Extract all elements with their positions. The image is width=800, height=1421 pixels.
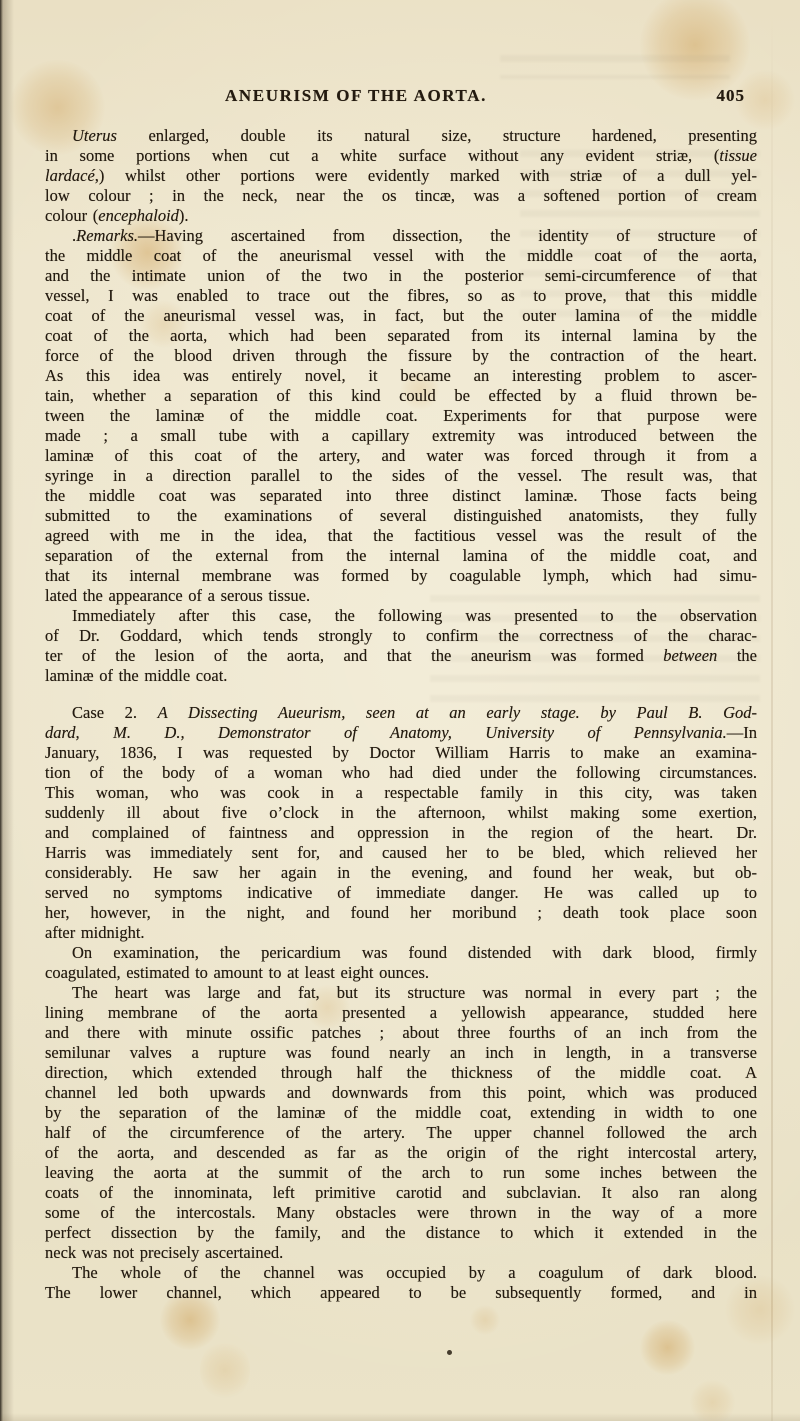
text-line: perfect dissection by the family, and th… [45, 1223, 757, 1243]
book-page: ANEURISM OF THE AORTA. 405 Uterus enlarg… [0, 0, 800, 1421]
text-run: ,) whilst other portions were evidently … [95, 166, 757, 185]
text-line: direction, which extended through half t… [45, 1063, 757, 1083]
text-run: —In [727, 723, 757, 742]
foxing-stain [690, 1380, 735, 1421]
text-line: coats of the innominata, left primitive … [45, 1183, 757, 1203]
italic-text-run: lardacé [45, 166, 95, 185]
text-line: and complained of faintness and oppressi… [45, 823, 757, 843]
text-line: and there with minute ossific patches ; … [45, 1023, 757, 1043]
text-run: ). [179, 206, 189, 225]
text-line: semilunar valves a rupture was found nea… [45, 1043, 757, 1063]
text-line: dard, M. D., Demonstrator of Anatomy, Un… [45, 723, 757, 743]
text-line: laminæ of this coat of the artery, and w… [45, 446, 757, 466]
text-line: coagulated, estimated to amount to at le… [45, 963, 757, 983]
text-line: neck was not precisely ascertained. [45, 1243, 757, 1263]
italic-text-run: Remarks. [76, 226, 138, 245]
text-line: January, 1836, I was requested by Doctor… [45, 743, 757, 763]
page-bottom-shadow [0, 1413, 800, 1421]
text-run: lining membrane of the aorta presented a… [45, 1003, 757, 1022]
text-line: coat of the aneurismal vessel was, in fa… [45, 306, 757, 326]
text-run: the middle coat was separated into three… [45, 486, 757, 505]
text-run: tion of the body of a woman who had died… [45, 763, 757, 782]
text-run: and complained of faintness and oppressi… [45, 823, 757, 842]
paragraph: .Remarks.—Having ascertained from dissec… [45, 226, 757, 606]
text-line: lardacé,) whilst other portions were evi… [45, 166, 757, 186]
text-run: coat of the aorta, which had been separa… [45, 326, 757, 345]
foxing-stain [640, 1320, 695, 1375]
text-line: considerably. He saw her again in the ev… [45, 863, 757, 883]
text-line: lining membrane of the aorta presented a… [45, 1003, 757, 1023]
text-run: The whole of the channel was occupied by… [72, 1263, 757, 1282]
text-run: submitted to the examinations of several… [45, 506, 757, 525]
text-line: Harris was immediately sent for, and cau… [45, 843, 757, 863]
text-run: Case 2. [72, 703, 158, 722]
italic-text-run: Uterus [72, 126, 117, 145]
text-run: The heart was large and fat, but its str… [72, 983, 757, 1002]
text-run: half of the circumference of the artery.… [45, 1123, 757, 1142]
text-run: and the intimate union of the two in the… [45, 266, 757, 285]
text-line: tion of the body of a woman who had died… [45, 763, 757, 783]
text-run: The lower channel, which appeared to be … [45, 1283, 757, 1302]
page-edge-shadow [0, 0, 14, 1421]
text-run: neck was not precisely ascertained. [45, 1243, 283, 1262]
text-run: the [717, 646, 757, 665]
text-run: Immediately after this case, the followi… [72, 606, 757, 625]
text-line: Case 2. A Dissecting Aueurism, seen at a… [45, 703, 757, 723]
text-line: syringe in a direction parallel to the s… [45, 466, 757, 486]
text-line: in some portions when cut a white surfac… [45, 146, 757, 166]
text-run: coat of the aneurismal vessel was, in fa… [45, 306, 757, 325]
text-run: of the aorta, and descended as far as th… [45, 1143, 757, 1162]
text-line: channel led both upwards and downwards f… [45, 1083, 757, 1103]
text-run: laminæ of the middle coat. [45, 666, 227, 685]
text-line: As this idea was entirely novel, it beca… [45, 366, 757, 386]
text-run: force of the blood driven through the fi… [45, 346, 757, 365]
text-line: and the intimate union of the two in the… [45, 266, 757, 286]
paragraph: Uterus enlarged, double its natural size… [45, 126, 757, 226]
text-line: the middle coat was separated into three… [45, 486, 757, 506]
text-run: suddenly ill about five o’clock in the a… [45, 803, 757, 822]
text-run: ter of the lesion of the aorta, and that… [45, 646, 663, 665]
italic-text-run: A Dissecting Aueurism, seen at an early … [158, 703, 757, 722]
text-line: the middle coat of the aneurismal vessel… [45, 246, 757, 266]
paragraph: Immediately after this case, the followi… [45, 606, 757, 686]
text-line: coat of the aorta, which had been separa… [45, 326, 757, 346]
text-run: after midnight. [45, 923, 145, 942]
text-run: syringe in a direction parallel to the s… [45, 466, 757, 485]
foxing-stain [640, 0, 750, 100]
text-run: leaving the aorta at the summit of the a… [45, 1163, 757, 1182]
ink-speck [447, 1350, 452, 1355]
text-line: tain, whether a separation of this kind … [45, 386, 757, 406]
text-line: colour (encephaloid). [45, 206, 757, 226]
italic-text-run: between [663, 646, 717, 665]
text-line: half of the circumference of the artery.… [45, 1123, 757, 1143]
text-line: some of the intercostals. Many obstacles… [45, 1203, 757, 1223]
text-line: ter of the lesion of the aorta, and that… [45, 646, 757, 666]
text-run: in some portions when cut a white surfac… [45, 146, 719, 165]
text-run: coats of the innominata, left primitive … [45, 1183, 757, 1202]
text-line: laminæ of the middle coat. [45, 666, 757, 686]
text-run: made ; a small tube with a capillary ext… [45, 426, 757, 445]
italic-text-run: dard, M. D., Demonstrator of Anatomy, Un… [45, 723, 727, 742]
text-line: .Remarks.—Having ascertained from dissec… [45, 226, 757, 246]
text-line: Immediately after this case, the followi… [45, 606, 757, 626]
text-line: The heart was large and fat, but its str… [45, 983, 757, 1003]
text-line: that its internal membrane was formed by… [45, 566, 757, 586]
text-run: On examination, the pericardium was foun… [72, 943, 757, 962]
text-line: On examination, the pericardium was foun… [45, 943, 757, 963]
text-run: low colour ; in the neck, near the os ti… [45, 186, 757, 205]
text-line: by the separation of the laminæ of the m… [45, 1103, 757, 1123]
text-run: enlarged, double its natural size, struc… [117, 126, 757, 145]
text-line: The whole of the channel was occupied by… [45, 1263, 757, 1283]
text-run: the middle coat of the aneurismal vessel… [45, 246, 757, 265]
text-run: laminæ of this coat of the artery, and w… [45, 446, 757, 465]
show-through-ghost [500, 55, 730, 79]
paragraph: The heart was large and fat, but its str… [45, 983, 757, 1263]
paragraph: On examination, the pericardium was foun… [45, 943, 757, 983]
text-line: leaving the aorta at the summit of the a… [45, 1163, 757, 1183]
text-run: direction, which extended through half t… [45, 1063, 757, 1082]
text-line: of the aorta, and descended as far as th… [45, 1143, 757, 1163]
text-line: This woman, who was cook in a respectabl… [45, 783, 757, 803]
foxing-stain [470, 1305, 500, 1335]
page-body: Uterus enlarged, double its natural size… [45, 126, 757, 1303]
text-line: The lower channel, which appeared to be … [45, 1283, 757, 1303]
italic-text-run: encephaloid [98, 206, 179, 225]
text-run: lated the appearance of a serous tissue. [45, 586, 310, 605]
text-run: This woman, who was cook in a respectabl… [45, 783, 757, 802]
text-run: tween the laminæ of the middle coat. Exp… [45, 406, 757, 425]
italic-text-run: tissue [719, 146, 757, 165]
text-line: after midnight. [45, 923, 757, 943]
text-run: Harris was immediately sent for, and cau… [45, 843, 757, 862]
text-run: separation of the external from the inte… [45, 546, 757, 565]
text-run: of Dr. Goddard, which tends strongly to … [45, 626, 757, 645]
page-header: ANEURISM OF THE AORTA. 405 [45, 86, 757, 108]
text-line: submitted to the examinations of several… [45, 506, 757, 526]
paragraph: The whole of the channel was occupied by… [45, 1263, 757, 1303]
text-run: her, however, in the night, and found he… [45, 903, 757, 922]
running-title: ANEURISM OF THE AORTA. [45, 86, 667, 106]
text-line: Uterus enlarged, double its natural size… [45, 126, 757, 146]
page-crease [771, 0, 773, 1421]
text-line: low colour ; in the neck, near the os ti… [45, 186, 757, 206]
text-run: that its internal membrane was formed by… [45, 566, 757, 585]
text-run: some of the intercostals. Many obstacles… [45, 1203, 757, 1222]
page-number: 405 [717, 86, 746, 106]
text-run: As this idea was entirely novel, it beca… [45, 366, 757, 385]
text-run: by the separation of the laminæ of the m… [45, 1103, 757, 1122]
text-run: tain, whether a separation of this kind … [45, 386, 757, 405]
text-line: separation of the external from the inte… [45, 546, 757, 566]
text-line: force of the blood driven through the fi… [45, 346, 757, 366]
text-line: her, however, in the night, and found he… [45, 903, 757, 923]
text-line: vessel, I was enabled to trace out the f… [45, 286, 757, 306]
text-line: served no symptoms indicative of immedia… [45, 883, 757, 903]
text-run: agreed with me in the idea, that the fac… [45, 526, 757, 545]
text-run: —Having ascertained from dissection, the… [138, 226, 757, 245]
text-run: and there with minute ossific patches ; … [45, 1023, 757, 1042]
text-line: suddenly ill about five o’clock in the a… [45, 803, 757, 823]
text-run: perfect dissection by the family, and th… [45, 1223, 757, 1242]
text-run: vessel, I was enabled to trace out the f… [45, 286, 757, 305]
text-line: of Dr. Goddard, which tends strongly to … [45, 626, 757, 646]
text-run: colour ( [45, 206, 98, 225]
text-run: coagulated, estimated to amount to at le… [45, 963, 429, 982]
text-run: served no symptoms indicative of immedia… [45, 883, 757, 902]
text-line: lated the appearance of a serous tissue. [45, 586, 757, 606]
text-run: semilunar valves a rupture was found nea… [45, 1043, 757, 1062]
text-line: made ; a small tube with a capillary ext… [45, 426, 757, 446]
paragraph: Case 2. A Dissecting Aueurism, seen at a… [45, 703, 757, 943]
foxing-stain [200, 1340, 250, 1400]
text-run: January, 1836, I was requested by Doctor… [45, 743, 757, 762]
text-run: considerably. He saw her again in the ev… [45, 863, 757, 882]
text-line: agreed with me in the idea, that the fac… [45, 526, 757, 546]
text-line: tween the laminæ of the middle coat. Exp… [45, 406, 757, 426]
text-run: channel led both upwards and downwards f… [45, 1083, 757, 1102]
